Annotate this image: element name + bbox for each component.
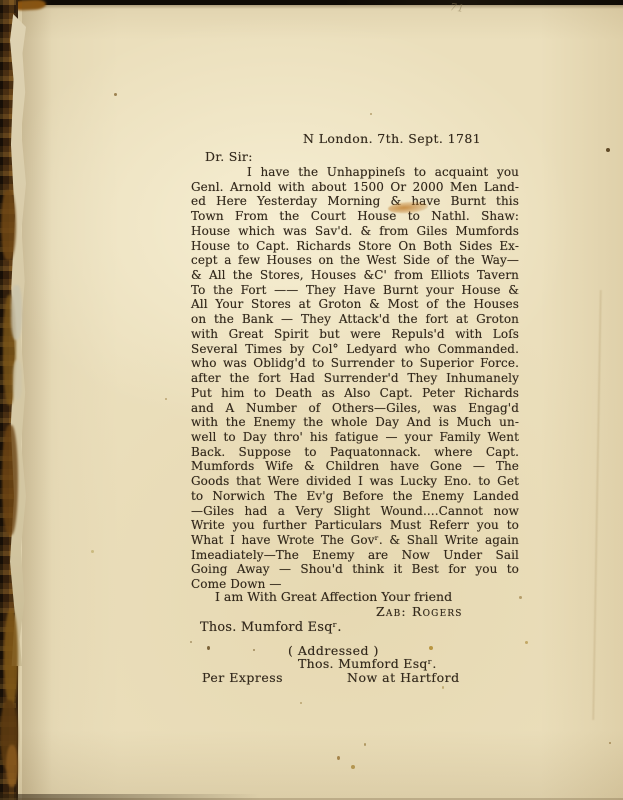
foxing-speck xyxy=(253,649,255,651)
foxing-speck xyxy=(519,596,522,599)
letter-body: I have the Unhappineſs to acquaint youGe… xyxy=(191,165,519,592)
foxing-speck xyxy=(165,398,167,400)
letter-dateline: N London. 7th. Sept. 1781 xyxy=(303,131,481,146)
delivery-location: Now at Hartford xyxy=(347,670,460,685)
foxing-speck xyxy=(190,641,192,643)
letter-body-line: Put him to Death as Also Capt. Peter Ric… xyxy=(191,386,519,401)
letter-body-line: What I have Wrote The Govʳ. & Shall Writ… xyxy=(191,533,519,548)
foxing-speck xyxy=(364,743,366,746)
foxing-speck xyxy=(337,756,340,760)
foxing-speck xyxy=(370,113,372,115)
binding-rust-patch xyxy=(4,610,18,705)
foxing-speck xyxy=(351,765,355,769)
letter-body-line: House to Capt. Richards Store On Both Si… xyxy=(191,239,519,254)
letter-body-line: Back. Suppose to Paquatonnack. where Cap… xyxy=(191,445,519,460)
letter-body-line: Mumfords Wife & Children have Gone — The xyxy=(191,459,519,474)
letter-body-line: after the fort Had Surrender'd They Inhu… xyxy=(191,371,519,386)
letter-body-line: Write you further Particulars Must Refer… xyxy=(191,518,519,533)
binding-rust-patch xyxy=(2,425,18,535)
page-top-edge-shadow xyxy=(0,5,623,9)
foxing-speck xyxy=(114,93,117,96)
letter-body-line: well to Day thro' his fatigue — your Fam… xyxy=(191,430,519,445)
foxing-speck xyxy=(606,148,610,152)
foxing-speck xyxy=(207,646,210,650)
letter-addressee: Thos. Mumford Esqʳ. xyxy=(200,620,342,635)
letter-body-line: I have the Unhappineſs to acquaint you xyxy=(191,165,519,180)
binding-rust-patch xyxy=(6,745,18,787)
letter-body-line: with the Enemy the whole Day And is Much… xyxy=(191,415,519,430)
letter-body-line: & All the Stores, Houses &C' from Elliot… xyxy=(191,268,519,283)
binding-inner-shadow xyxy=(22,0,52,800)
letter-body-line: on the Bank — They Attack'd the fort at … xyxy=(191,312,519,327)
binding-pale-patch xyxy=(13,360,22,400)
letter-body-line: and A Number of Others—Giles, was Engag'… xyxy=(191,401,519,416)
foxing-speck xyxy=(91,550,94,553)
letter-body-line: Imeadiately—The Enemy are Now Under Sail xyxy=(191,548,519,563)
binding-rust-patch xyxy=(1,190,16,260)
letter-body-line: House which was Sav'd. & from Giles Mumf… xyxy=(191,224,519,239)
letter-body-line: To the Fort —— They Have Burnt your Hous… xyxy=(191,283,519,298)
foxing-speck xyxy=(442,686,444,689)
letter-body-line: who was Oblidg'd to Surrender to Superio… xyxy=(191,356,519,371)
foxing-speck xyxy=(609,742,611,744)
scanned-book-page: 71 N London. 7th. Sept. 1781 Dr. Sir: I … xyxy=(0,0,623,800)
letter-body-line: cept a few Houses on the West Side of th… xyxy=(191,253,519,268)
letter-body-line: Several Times by Col° Ledyard who Comman… xyxy=(191,342,519,357)
letter-body-line: ed Here Yesterday Morning & have Burnt t… xyxy=(191,194,519,209)
letter-body-line: All Your Stores at Groton & Most of the … xyxy=(191,297,519,312)
letter-closing: I am With Great Affection Your friend xyxy=(215,589,452,604)
addressed-name: Thos. Mumford Esqʳ. xyxy=(298,656,437,671)
delivery-method: Per Express xyxy=(202,670,283,685)
letter-body-line: Goods that Were divided I was Lucky Eno.… xyxy=(191,474,519,489)
foxing-speck xyxy=(300,702,302,704)
pencil-mark: 71 xyxy=(449,2,465,15)
foxing-speck xyxy=(429,646,433,650)
letter-body-line: Genl. Arnold with about 1500 Or 2000 Men… xyxy=(191,180,519,195)
letter-body-line: Town From the Court House to Nathl. Shaw… xyxy=(191,209,519,224)
foxing-speck xyxy=(525,641,528,644)
letter-body-line: with Great Spirit but were Repuls'd with… xyxy=(191,327,519,342)
binding-pale-patch xyxy=(11,285,22,340)
letter-signature: Zab: Rogers xyxy=(376,604,463,619)
letter-salutation: Dr. Sir: xyxy=(205,149,253,164)
letter-body-line: —Giles had a Very Slight Wound....Cannot… xyxy=(191,504,519,519)
letter-body-line: Going Away — Shou'd think it Best for yo… xyxy=(191,562,519,577)
page-crease xyxy=(592,290,602,720)
letter-body-line: to Norwich The Ev'g Before the Enemy Lan… xyxy=(191,489,519,504)
